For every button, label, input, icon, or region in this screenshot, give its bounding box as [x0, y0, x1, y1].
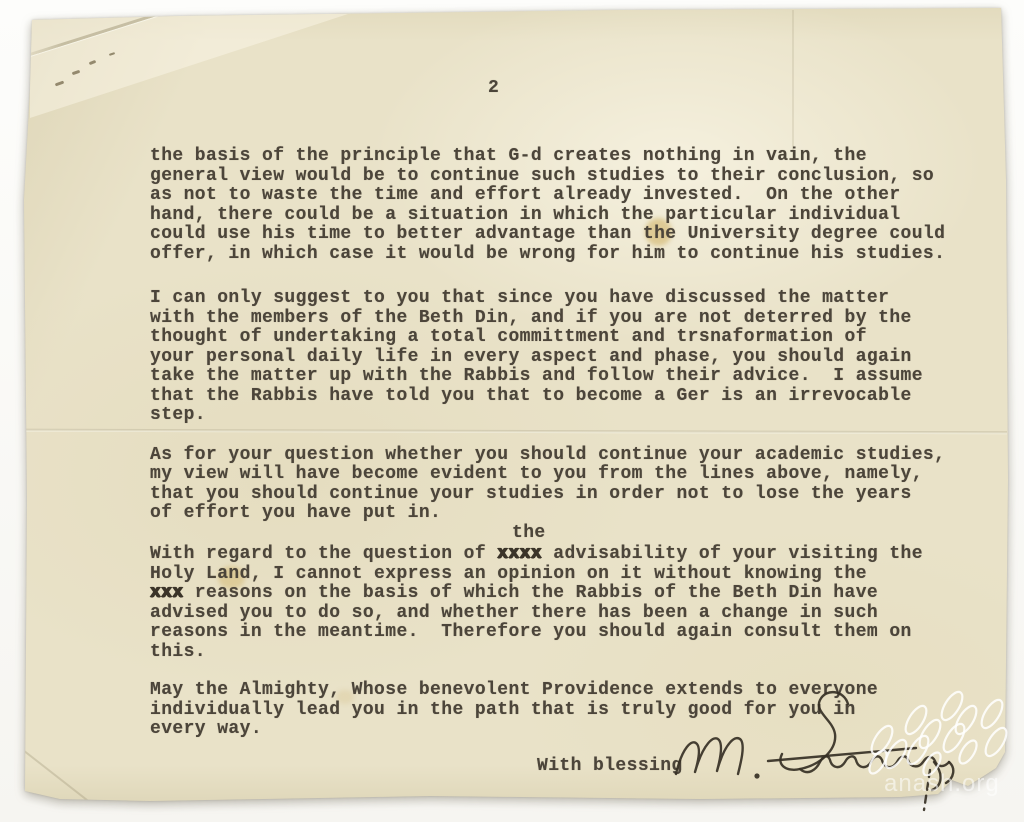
paragraph-3: As for your question whether you should …	[150, 446, 990, 524]
typed-insertion-the: the	[512, 523, 546, 543]
paragraph-4: With regard to the question of xxxx advi…	[150, 545, 990, 662]
overstruck-word: xxxx	[497, 544, 542, 564]
page-number: 2	[488, 79, 499, 99]
signature-m-schneerson	[648, 682, 998, 814]
folded-corner-highlight	[0, 0, 360, 130]
faint-vertical-crease	[792, 10, 794, 160]
paragraph-1: the basis of the principle that G-d crea…	[150, 147, 990, 264]
fold-crease-bottom-left	[13, 742, 118, 822]
paragraph-4-segment: With regard to the question of	[150, 544, 497, 564]
scanned-letter-page: 2 the basis of the principle that G-d cr…	[0, 0, 1024, 822]
typed-insertion-line: the	[150, 524, 990, 544]
paragraph-2: I can only suggest to you that since you…	[150, 289, 990, 426]
overstruck-word: xxx	[150, 583, 184, 603]
paragraph-4-segment: reasons on the basis of which the Rabbis…	[150, 583, 912, 662]
